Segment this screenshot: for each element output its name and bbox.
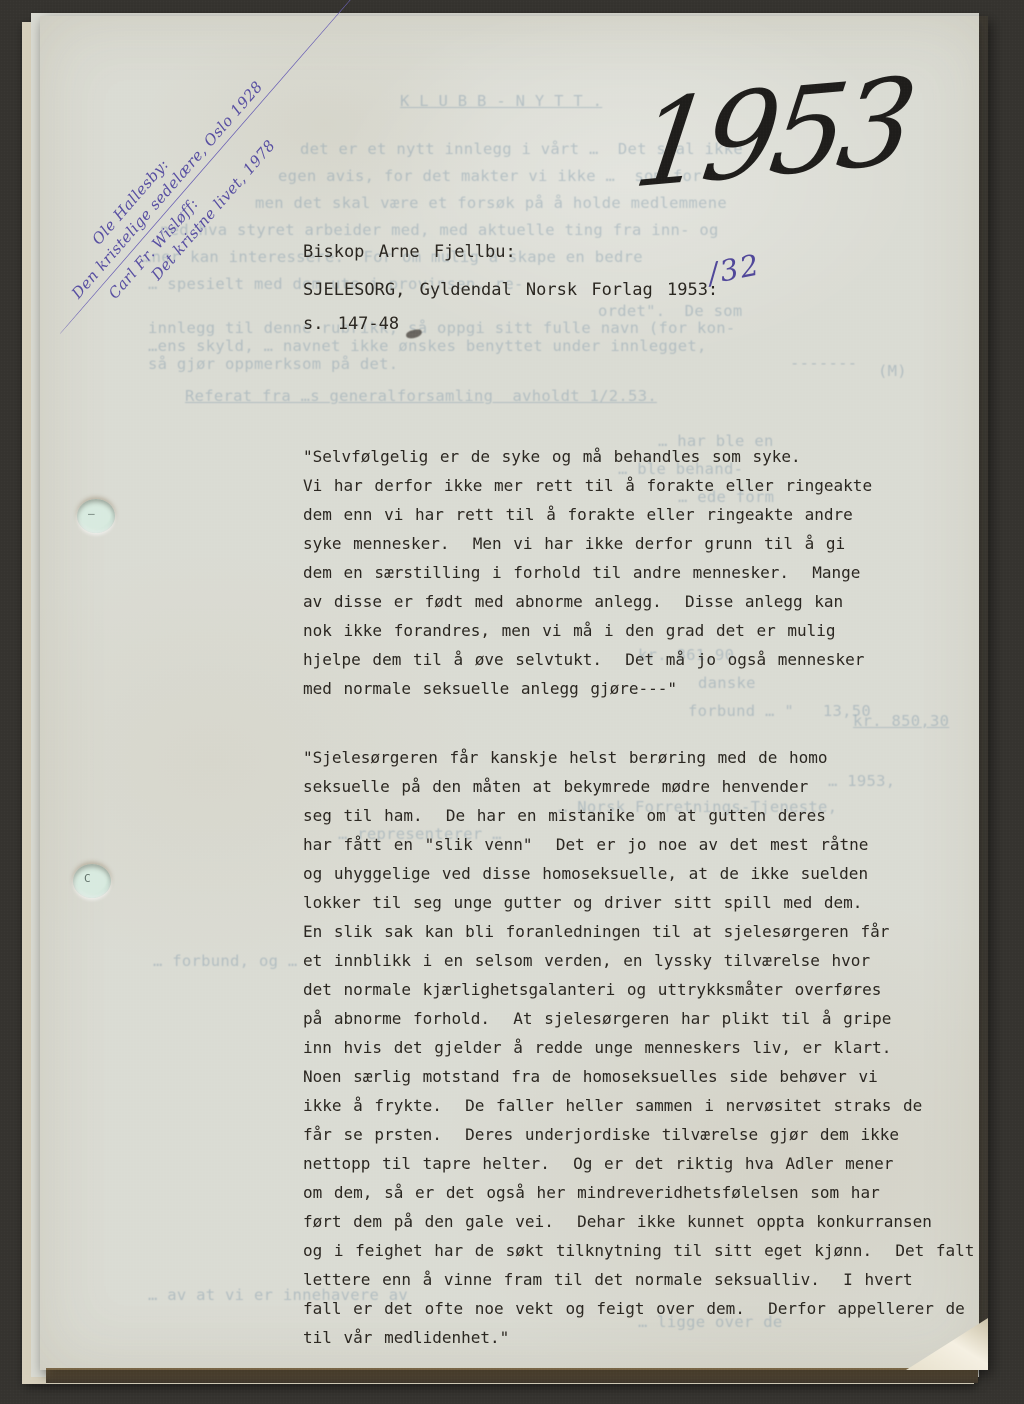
quote-line: dem en særstilling i forhold til andre m… [303, 563, 872, 592]
reference-title: SJELESORG, Gyldendal Norsk Forlag 1953: [303, 280, 718, 300]
bleedthrough-line: ------- [790, 354, 857, 372]
quote-line: ført dem på den gale vei. Dehar ikke kun… [303, 1212, 974, 1241]
quote-line: ikke å frykte. De faller heller sammen i… [303, 1096, 974, 1125]
quote-line: syke mennesker. Men vi har ikke derfor g… [303, 534, 872, 563]
quote-line: "Sjelesørgeren får kanskje helst berørin… [303, 748, 974, 777]
quote-line: seksuelle på den måten at bekymrede mødr… [303, 777, 974, 806]
quote-line: på abnorme forhold. At sjelesørgeren har… [303, 1009, 974, 1038]
bleedthrough-line: … forbund, og … [153, 952, 297, 970]
bleedthrough-line: innlegg til denne rubrikk, så oppgi sitt… [148, 319, 736, 337]
punch-hole-mark: — [88, 507, 95, 520]
bleedthrough-line: ned hva styret arbeider med, med aktuell… [160, 221, 719, 239]
quote-paragraph-1: "Selvfølgelig er de syke og må behandles… [303, 390, 872, 708]
bleedthrough-line: …ens skyld, … navnet ikke ønskes benytte… [148, 337, 707, 355]
quote-line: av disse er født med abnorme anlegg. Dis… [303, 592, 872, 621]
quote-line: og uhyggelige ved disse homoseksuelle, a… [303, 864, 974, 893]
quote-line: hjelpe dem til å øve selvtukt. Det må jo… [303, 650, 872, 679]
page-ref-handwritten: /32 [705, 247, 763, 290]
quote-line: dem enn vi har rett til å forakte eller … [303, 505, 872, 534]
quote-line: har fått en "slik venn" Det er jo noe av… [303, 835, 974, 864]
bleedthrough-line: så gjør oppmerksom på det. [148, 355, 398, 373]
quote-line: seg til ham. De har en mistanike om at g… [303, 806, 974, 835]
reference-pages: s. 147-48 [303, 314, 399, 334]
punch-hole-mark: C [84, 872, 91, 885]
paper-stack-edge-bottom [46, 1368, 978, 1383]
quote-line: får se prsten. Deres underjordiske tilvæ… [303, 1125, 974, 1154]
quote-line: inn hvis det gjelder å redde unge mennes… [303, 1038, 974, 1067]
quote-line: nok ikke forandres, men vi må i den grad… [303, 621, 872, 650]
quote-line: til vår medlidenhet." [303, 1328, 974, 1357]
quote-line: nettopp til tapre helter. Og er det rikt… [303, 1154, 974, 1183]
document-page: K L U B B - N Y T T . det er et nytt inn… [40, 16, 988, 1370]
quote-line: fall er det ofte noe vekt og feigt over … [303, 1299, 974, 1328]
quote-line: En slik sak kan bli foranledningen til a… [303, 922, 974, 951]
bleedthrough-line: ordet". De som [598, 302, 742, 320]
quote-line: Noen særlig motstand fra de homoseksuell… [303, 1067, 974, 1096]
quote-line: det normale kjærlighetsgalanteri og uttr… [303, 980, 974, 1009]
quote-line: et innblikk i en selsom verden, en lyssk… [303, 951, 974, 980]
punch-hole-bottom: C [73, 864, 111, 898]
quote-line: "Selvfølgelig er de syke og må behandles… [303, 447, 872, 476]
quote-line: lettere enn å vinne fram til det normale… [303, 1270, 974, 1299]
quote-paragraph-2: "Sjelesørgeren får kanskje helst berørin… [303, 691, 974, 1357]
quote-line: og i feighet har de søkt tilknytning til… [303, 1241, 974, 1270]
quote-line: Vi har derfor ikke mer rett til å forakt… [303, 476, 872, 505]
bleedthrough-line: K L U B B - N Y T T . [400, 92, 602, 110]
quote-line: om dem, så er det også her mindreveridhe… [303, 1183, 974, 1212]
quote-line: lokker til seg unge gutter og driver sit… [303, 893, 974, 922]
year-annotation-handwritten: 1953 [627, 51, 918, 215]
reference-author: Biskop Arne Fjellbu: [303, 242, 516, 262]
bleedthrough-line: (M) [878, 362, 907, 380]
punch-hole-top: — [77, 499, 115, 533]
